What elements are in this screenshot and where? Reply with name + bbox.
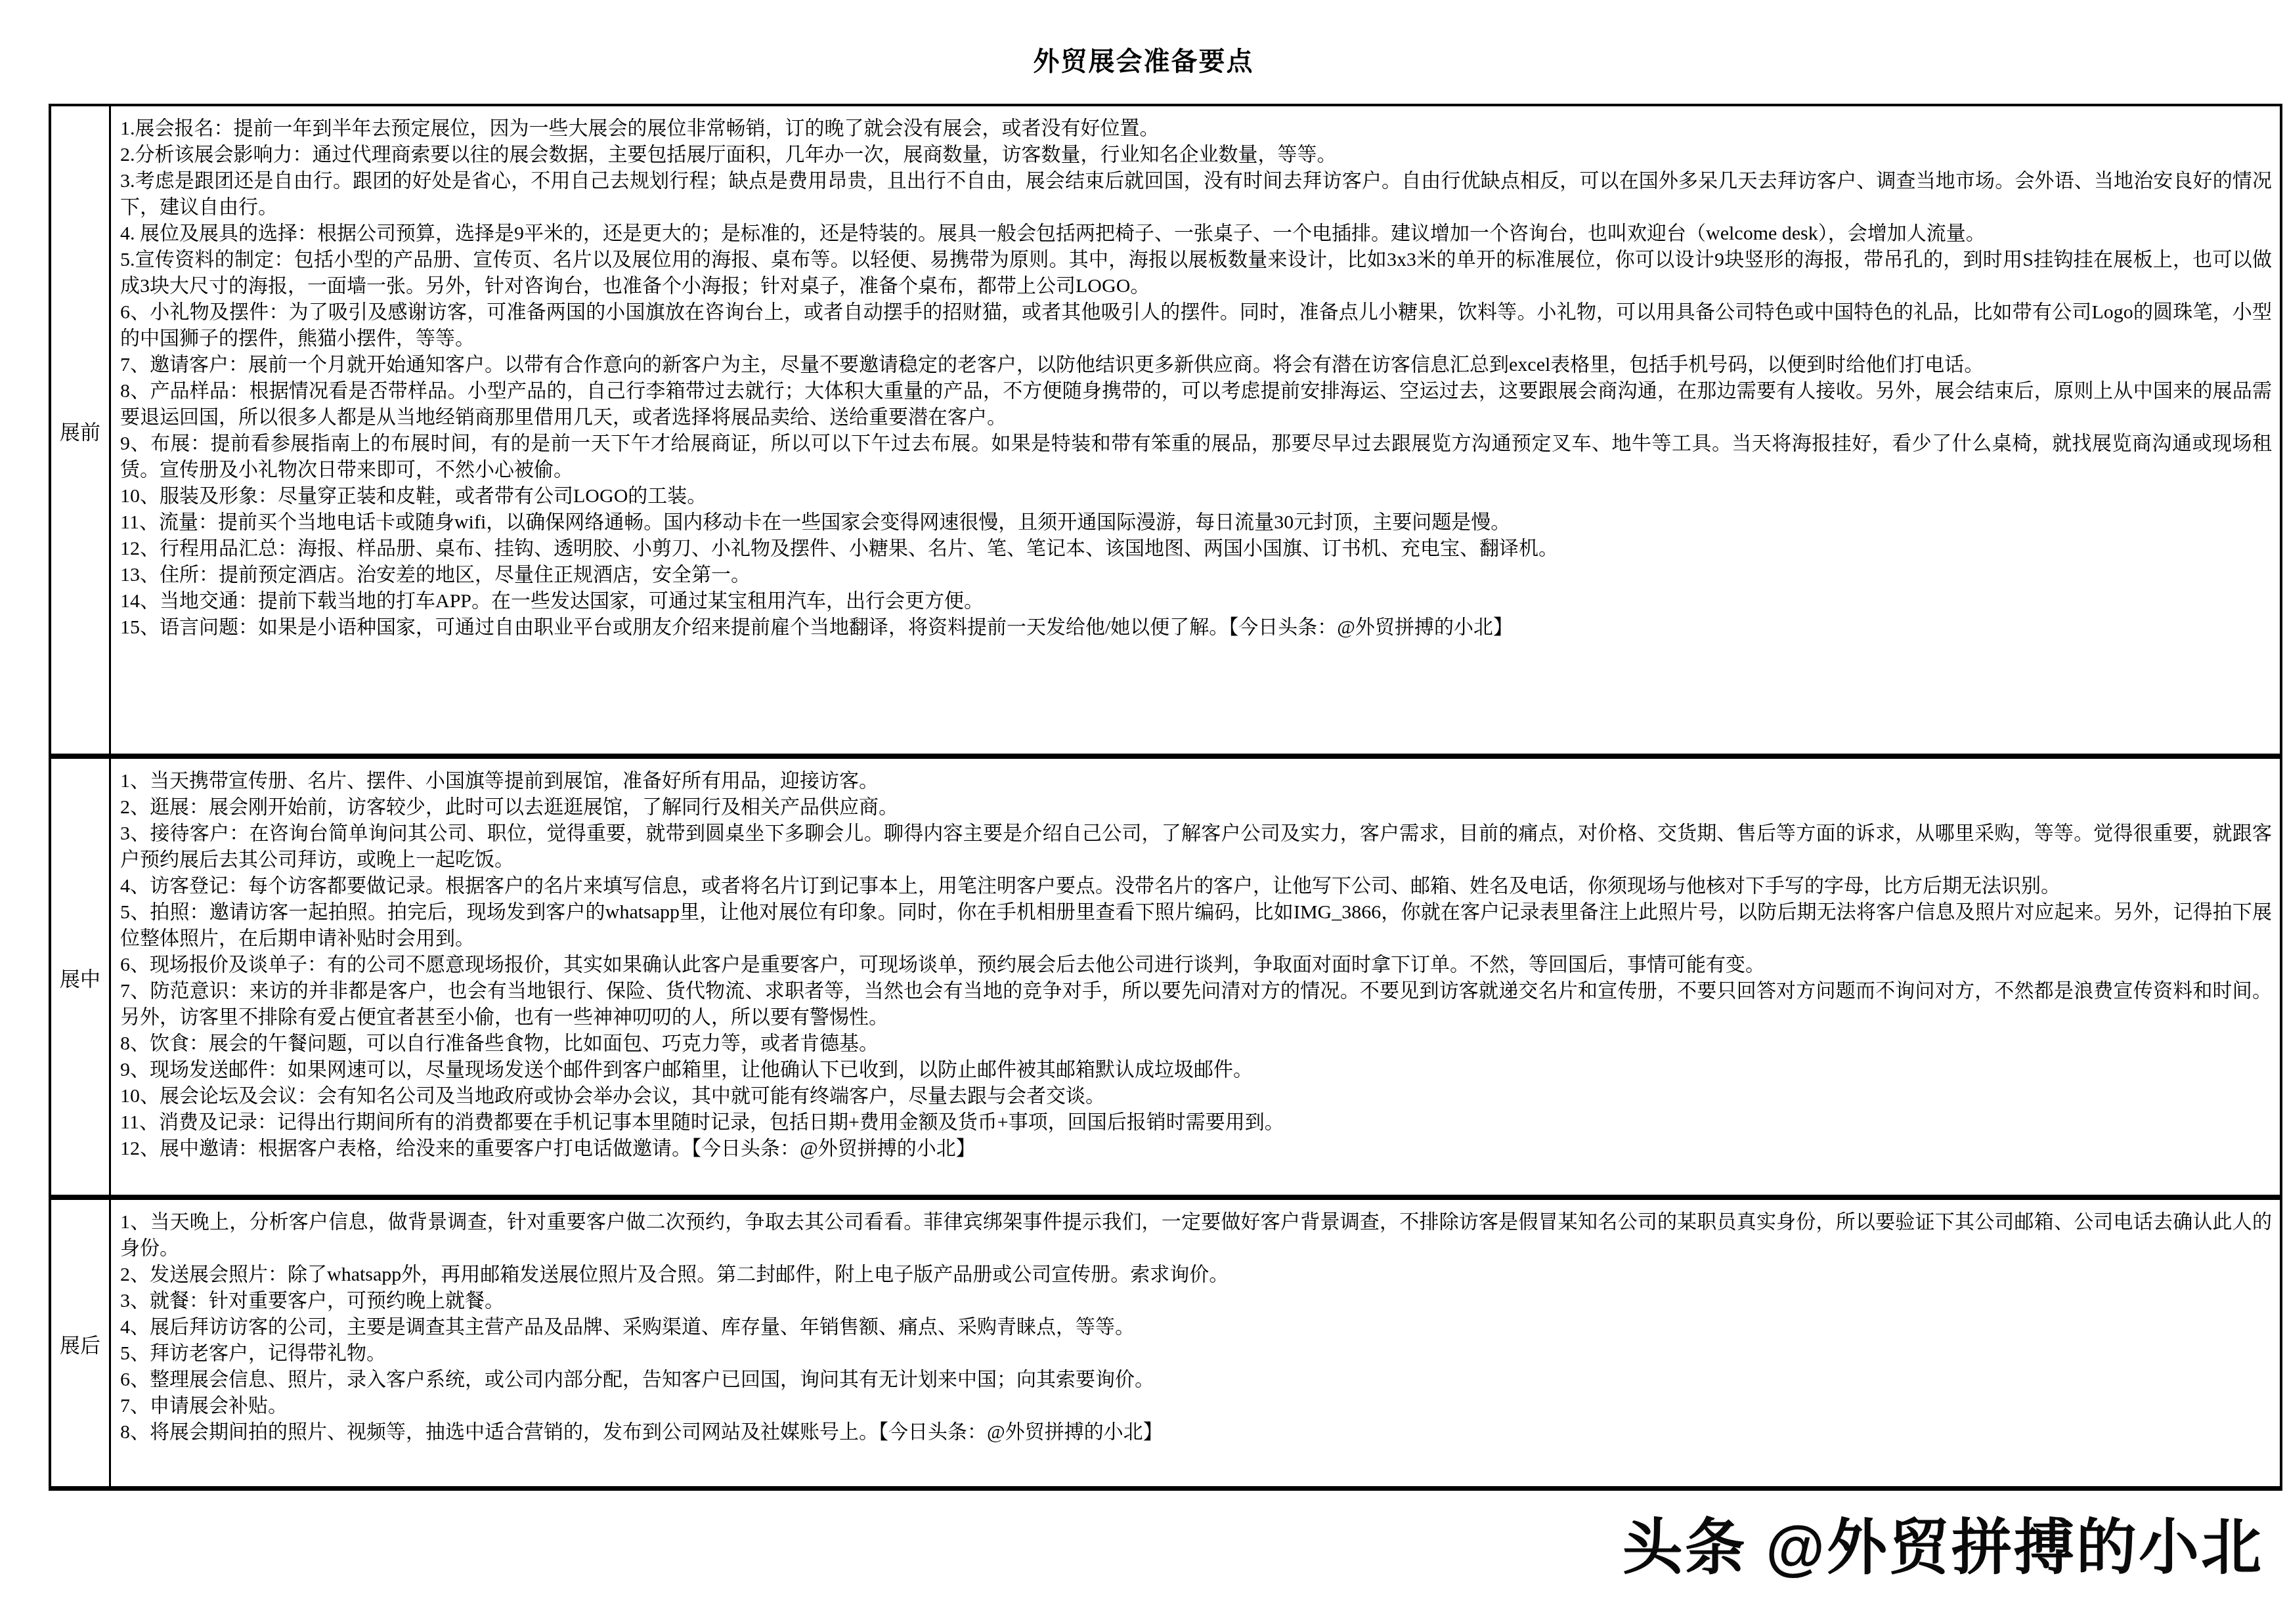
list-item: 1.展会报名：提前一年到半年去预定展位，因为一些大展会的展位非常畅销，订的晚了就… xyxy=(120,116,2272,142)
list-item: 11、流量：提前买个当地电话卡或随身wifi，以确保网络通畅。国内移动卡在一些国… xyxy=(120,509,2272,536)
document-page: 外贸展会准备要点 展前 1.展会报名：提前一年到半年去预定展位，因为一些大展会的… xyxy=(0,0,2287,1624)
list-item: 3、就餐：针对重要客户，可预约晚上就餐。 xyxy=(120,1288,2272,1314)
list-item: 5、拜访老客户，记得带礼物。 xyxy=(120,1340,2272,1367)
section-content-during: 1、当天携带宣传册、名片、摆件、小国旗等提前到展馆，准备好所有用品，迎接访客。 … xyxy=(110,756,2282,1197)
list-item: 3、接待客户：在咨询台简单询问其公司、职位，觉得重要，就带到圆桌坐下多聊会儿。聊… xyxy=(120,821,2272,873)
list-item: 13、住所：提前预定酒店。治安差的地区，尽量住正规酒店，安全第一。 xyxy=(120,562,2272,588)
section-label-during: 展中 xyxy=(50,756,110,1197)
section-label-before: 展前 xyxy=(50,105,110,756)
list-item: 3.考虑是跟团还是自由行。跟团的好处是省心，不用自己去规划行程；缺点是费用昂贵，… xyxy=(120,168,2272,221)
prep-table: 展前 1.展会报名：提前一年到半年去预定展位，因为一些大展会的展位非常畅销，订的… xyxy=(49,104,2282,1491)
list-item: 9、布展：提前看参展指南上的布展时间，有的是前一天下午才给展商证，所以可以下午过… xyxy=(120,431,2272,483)
list-item: 10、展会论坛及会议：会有知名公司及当地政府或协会举办会议，其中就可能有终端客户… xyxy=(120,1083,2272,1109)
list-item: 6、整理展会信息、照片，录入客户系统，或公司内部分配，告知客户已回国，询问其有无… xyxy=(120,1367,2272,1393)
section-label-after: 展后 xyxy=(50,1197,110,1489)
page-title: 外贸展会准备要点 xyxy=(0,0,2287,104)
list-item: 8、饮食：展会的午餐问题，可以自行准备些食物，比如面包、巧克力等，或者肯德基。 xyxy=(120,1031,2272,1057)
list-item: 2、逛展：展会刚开始前，访客较少，此时可以去逛逛展馆，了解同行及相关产品供应商。 xyxy=(120,794,2272,821)
list-item: 15、语言问题：如果是小语种国家，可通过自由职业平台或朋友介绍来提前雇个当地翻译… xyxy=(120,614,2272,641)
table-row: 展前 1.展会报名：提前一年到半年去预定展位，因为一些大展会的展位非常畅销，订的… xyxy=(50,105,2281,756)
list-item: 14、当地交通：提前下载当地的打车APP。在一些发达国家，可通过某宝租用汽车，出… xyxy=(120,588,2272,614)
list-item: 4、访客登记：每个访客都要做记录。根据客户的名片来填写信息，或者将名片订到记事本… xyxy=(120,873,2272,899)
section-content-before: 1.展会报名：提前一年到半年去预定展位，因为一些大展会的展位非常畅销，订的晚了就… xyxy=(110,105,2282,756)
list-item: 5.宣传资料的制定：包括小型的产品册、宣传页、名片以及展位用的海报、桌布等。以轻… xyxy=(120,247,2272,299)
list-item: 6、现场报价及谈单子：有的公司不愿意现场报价，其实如果确认此客户是重要客户，可现… xyxy=(120,952,2272,978)
list-item: 11、消费及记录：记得出行期间所有的消费都要在手机记事本里随时记录，包括日期+费… xyxy=(120,1109,2272,1136)
table-row: 展中 1、当天携带宣传册、名片、摆件、小国旗等提前到展馆，准备好所有用品，迎接访… xyxy=(50,756,2281,1197)
list-item: 8、产品样品：根据情况看是否带样品。小型产品的，自己行李箱带过去就行；大体积大重… xyxy=(120,378,2272,431)
list-item: 8、将展会期间拍的照片、视频等，抽选中适合营销的，发布到公司网站及社媒账号上。【… xyxy=(120,1419,2272,1445)
list-item: 7、邀请客户：展前一个月就开始通知客户。以带有合作意向的新客户为主，尽量不要邀请… xyxy=(120,352,2272,378)
list-item: 10、服装及形象：尽量穿正装和皮鞋，或者带有公司LOGO的工装。 xyxy=(120,483,2272,509)
list-item: 6、小礼物及摆件：为了吸引及感谢访客，可准备两国的小国旗放在咨询台上，或者自动摆… xyxy=(120,299,2272,352)
list-item: 4. 展位及展具的选择：根据公司预算，选择是9平米的，还是更大的；是标准的，还是… xyxy=(120,221,2272,247)
list-item: 2、发送展会照片：除了whatsapp外，再用邮箱发送展位照片及合照。第二封邮件… xyxy=(120,1262,2272,1288)
watermark: 头条 @外贸拼搏的小北 xyxy=(1623,1499,2263,1586)
list-item: 12、行程用品汇总：海报、样品册、桌布、挂钩、透明胶、小剪刀、小礼物及摆件、小糖… xyxy=(120,536,2272,562)
list-item: 1、当天携带宣传册、名片、摆件、小国旗等提前到展馆，准备好所有用品，迎接访客。 xyxy=(120,768,2272,794)
list-item: 5、拍照：邀请访客一起拍照。拍完后，现场发到客户的whatsapp里，让他对展位… xyxy=(120,899,2272,952)
section-content-after: 1、当天晚上，分析客户信息，做背景调查，针对重要客户做二次预约，争取去其公司看看… xyxy=(110,1197,2282,1489)
list-item: 7、防范意识：来访的并非都是客户，也会有当地银行、保险、货代物流、求职者等，当然… xyxy=(120,978,2272,1031)
list-item: 1、当天晚上，分析客户信息，做背景调查，针对重要客户做二次预约，争取去其公司看看… xyxy=(120,1209,2272,1262)
list-item: 7、申请展会补贴。 xyxy=(120,1393,2272,1419)
list-item: 12、展中邀请：根据客户表格，给没来的重要客户打电话做邀请。【今日头条：@外贸拼… xyxy=(120,1136,2272,1162)
list-item: 4、展后拜访访客的公司，主要是调查其主营产品及品牌、采购渠道、库存量、年销售额、… xyxy=(120,1314,2272,1340)
list-item: 2.分析该展会影响力：通过代理商索要以往的展会数据，主要包括展厅面积，几年办一次… xyxy=(120,142,2272,168)
list-item: 9、现场发送邮件：如果网速可以，尽量现场发送个邮件到客户邮箱里，让他确认下已收到… xyxy=(120,1057,2272,1083)
table-row: 展后 1、当天晚上，分析客户信息，做背景调查，针对重要客户做二次预约，争取去其公… xyxy=(50,1197,2281,1489)
